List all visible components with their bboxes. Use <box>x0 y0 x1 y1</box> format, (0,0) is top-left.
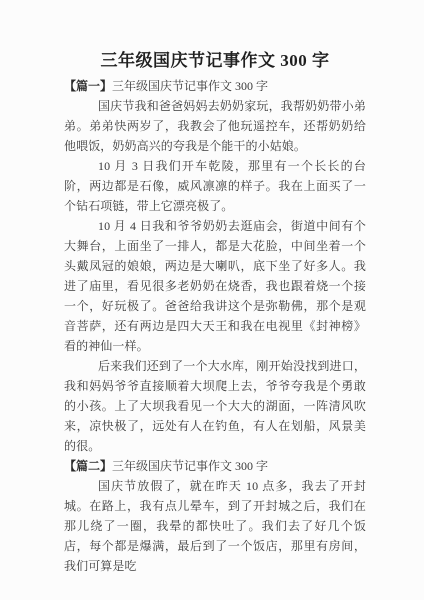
paragraph: 国庆节我和爸爸妈妈去奶奶家玩，我帮奶奶带小弟弟。弟弟快两岁了，我教会了他玩遥控车… <box>64 96 366 156</box>
paragraph: 后来我们还到了一个大水库，刚开始没找到进口，我和妈妈爷爷直接顺着大坝爬上去，爷爷… <box>64 356 366 456</box>
document-page: 三年级国庆节记事作文 300 字 【篇一】三年级国庆节记事作文 300 字 国庆… <box>0 0 424 600</box>
paragraph: 国庆节放假了，就在昨天 10 点多，我去了开封城。在路上，我有点儿晕车，到了开封… <box>64 476 366 576</box>
paragraph: 10 月 4 日我和爷爷奶奶去逛庙会，街道中间有个大舞台，上面坐了一排人，都是大… <box>64 216 366 356</box>
section-1-heading: 【篇一】三年级国庆节记事作文 300 字 <box>64 76 366 96</box>
section-2-marker: 【篇二】 <box>64 459 112 473</box>
page-title: 三年级国庆节记事作文 300 字 <box>64 50 366 72</box>
section-1-marker: 【篇一】 <box>64 79 112 93</box>
essay-section-2: 【篇二】三年级国庆节记事作文 300 字 国庆节放假了，就在昨天 10 点多，我… <box>64 456 366 576</box>
paragraph: 10 月 3 日我们开车乾陵，那里有一个长长的台阶，两边都是石像，威风凛凛的样子… <box>64 156 366 216</box>
section-2-heading: 【篇二】三年级国庆节记事作文 300 字 <box>64 456 366 476</box>
essay-section-1: 【篇一】三年级国庆节记事作文 300 字 国庆节我和爸爸妈妈去奶奶家玩，我帮奶奶… <box>64 76 366 456</box>
section-2-heading-text: 三年级国庆节记事作文 300 字 <box>112 459 268 473</box>
section-1-heading-text: 三年级国庆节记事作文 300 字 <box>112 79 268 93</box>
